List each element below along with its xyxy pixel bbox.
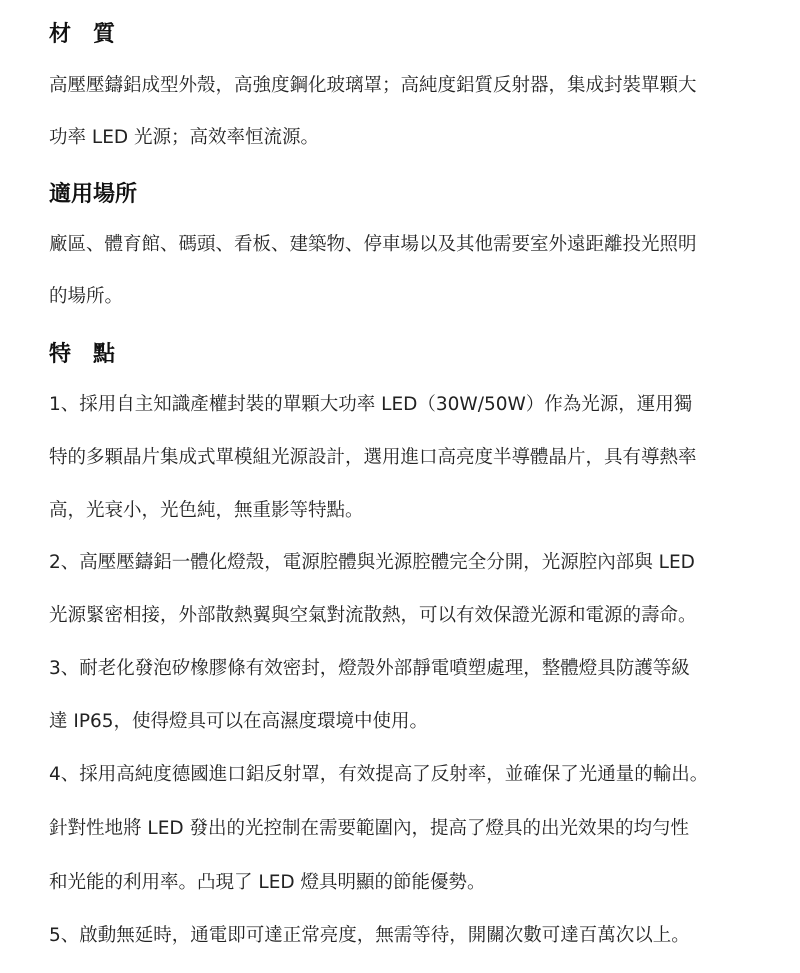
section-heading-applications: 適用場所 [49,177,137,208]
feature-text-line: 針對性地將 LED 發出的光控制在需要範圍內，提高了燈具的出光效果的均勻性 [49,817,689,841]
section-heading-features: 特 點 [49,337,115,368]
applications-text-line: 廠區、體育館、碼頭、看板、建築物、停車場以及其他需要室外遠距離投光照明 [49,233,697,257]
section-heading-material: 材 質 [49,17,115,48]
feature-text-line: 光源緊密相接，外部散熱翼與空氣對流散熱，可以有效保證光源和電源的壽命。 [49,604,697,628]
feature-text-line: 2、高壓壓鑄鋁一體化燈殼，電源腔體與光源腔體完全分開，光源腔內部與 LED [49,551,695,575]
feature-text-line: 1、採用自主知識產權封裝的單顆大功率 LED（30W/50W）作為光源，運用獨 [49,393,692,417]
feature-text-line: 3、耐老化發泡矽橡膠條有效密封，燈殼外部靜電噴塑處理，整體燈具防護等級 [49,657,690,681]
feature-text-line: 達 IP65，使得燈具可以在高濕度環境中使用。 [49,710,428,734]
feature-text-line: 和光能的利用率。凸現了 LED 燈具明顯的節能優勢。 [49,871,486,895]
feature-text-line: 高，光衰小，光色純，無重影等特點。 [49,499,364,523]
feature-text-line: 特的多顆晶片集成式單模組光源設計，選用進口高亮度半導體晶片，具有導熱率 [49,446,697,470]
material-text-line: 高壓壓鑄鋁成型外殼，高強度鋼化玻璃罩；高純度鋁質反射器，集成封裝單顆大 [49,74,697,98]
applications-text-line: 的場所。 [49,285,123,309]
feature-text-line: 4、採用高純度德國進口鋁反射罩，有效提高了反射率，並確保了光通量的輸出。 [49,763,708,787]
material-text-line: 功率 LED 光源；高效率恒流源。 [49,126,319,150]
feature-text-line: 5、啟動無延時，通電即可達正常亮度，無需等待，開關次數可達百萬次以上。 [49,924,690,948]
